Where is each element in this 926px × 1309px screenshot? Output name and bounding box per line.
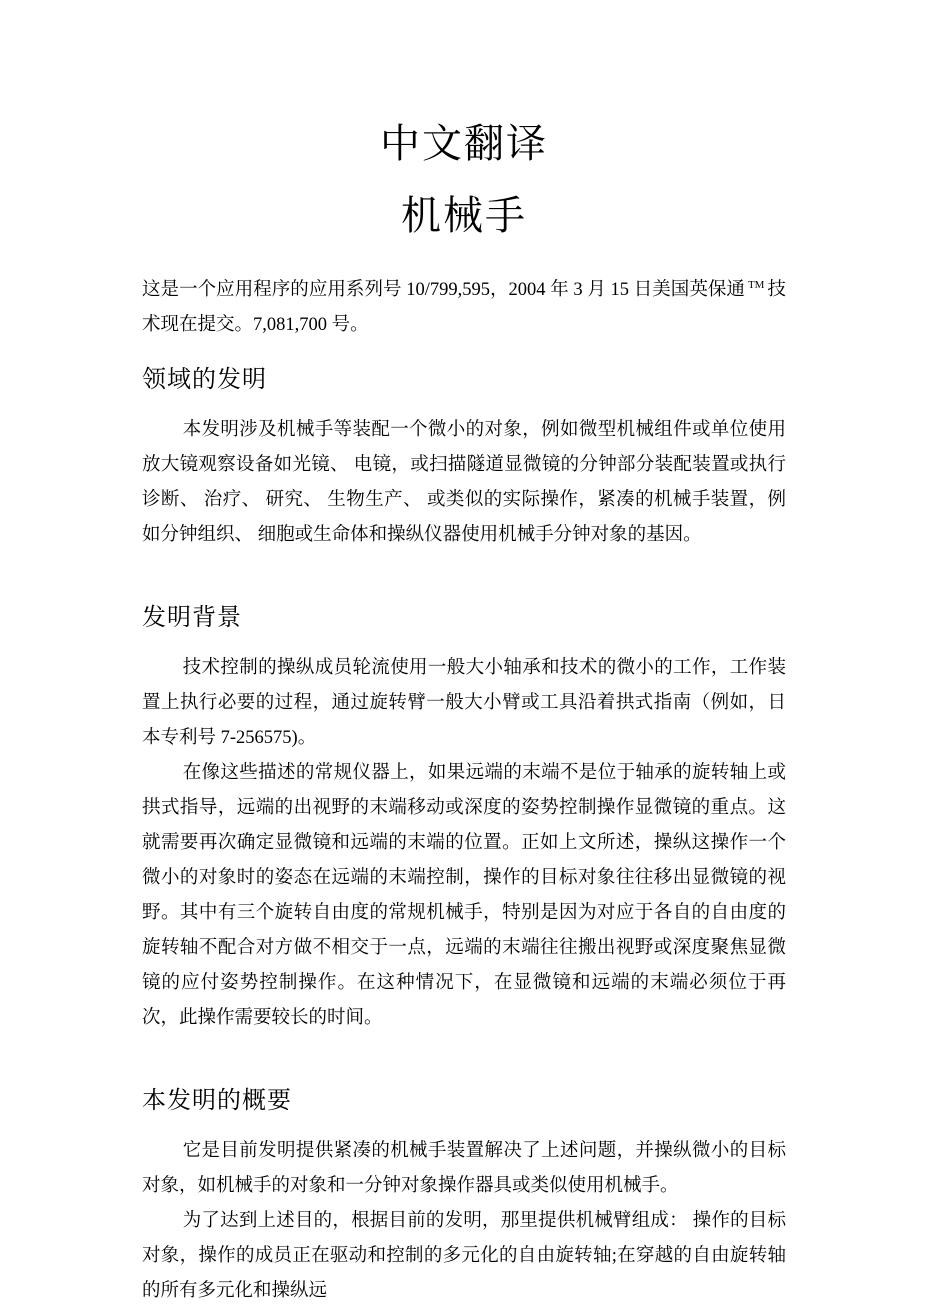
document-page: 中文翻译 机械手 这是一个应用程序的应用系列号 10/799,595，2004 …	[0, 0, 926, 1309]
section-background: 发明背景 技术控制的操纵成员轮流使用一般大小轴承和技术的微小的工作，工作装置上执…	[142, 603, 786, 1036]
body-paragraph: 本发明涉及机械手等装配一个微小的对象，例如微型机械组件或单位使用放大镜观察设备如…	[142, 413, 786, 553]
trademark-superscript: TM	[745, 279, 768, 291]
section-heading-summary: 本发明的概要	[142, 1086, 786, 1116]
page-subtitle: 机械手	[142, 194, 786, 238]
page-title: 中文翻译	[142, 122, 786, 166]
body-paragraph: 它是目前发明提供紧凑的机械手装置解决了上述问题，并操纵微小的目标对象，如机械手的…	[142, 1134, 786, 1204]
body-paragraph: 技术控制的操纵成员轮流使用一般大小轴承和技术的微小的工作，工作装置上执行必要的过…	[142, 651, 786, 756]
section-heading-background: 发明背景	[142, 603, 786, 633]
intro-text-before-tm: 这是一个应用程序的应用系列号 10/799,595，2004 年 3 月 15 …	[142, 280, 745, 300]
section-heading-field-of-invention: 领域的发明	[142, 365, 786, 395]
section-summary: 本发明的概要 它是目前发明提供紧凑的机械手装置解决了上述问题，并操纵微小的目标对…	[142, 1086, 786, 1309]
body-paragraph: 在像这些描述的常规仪器上，如果远端的末端不是位于轴承的旋转轴上或拱式指导，远端的…	[142, 756, 786, 1036]
body-paragraph: 为了达到上述目的，根据目前的发明，那里提供机械臂组成： 操作的目标对象，操作的成…	[142, 1204, 786, 1309]
section-field-of-invention: 领域的发明 本发明涉及机械手等装配一个微小的对象，例如微型机械组件或单位使用放大…	[142, 365, 786, 553]
intro-paragraph: 这是一个应用程序的应用系列号 10/799,595，2004 年 3 月 15 …	[142, 268, 786, 343]
